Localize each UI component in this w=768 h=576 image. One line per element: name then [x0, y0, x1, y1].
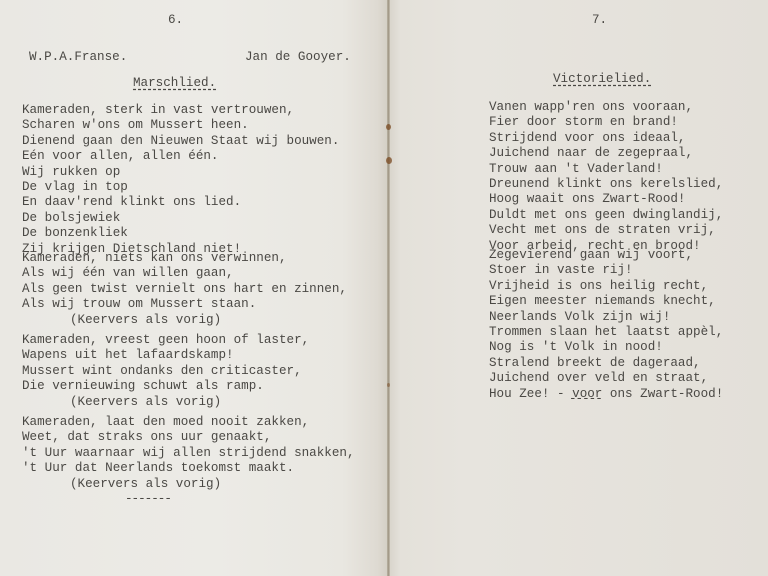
verse-line: Hoog waait ons Zwart-Rood!: [489, 192, 723, 207]
verse-line: Dienend gaan den Nieuwen Staat wij bouwe…: [22, 134, 339, 149]
verse-line: De bonzenkliek: [22, 226, 339, 241]
verse-line: Fier door storm en brand!: [489, 115, 723, 130]
song-title: Victorielied.: [553, 72, 651, 87]
song-title: Marschlied.: [133, 76, 216, 91]
left-page: 6. W.P.A.Franse. Jan de Gooyer. Marschli…: [0, 0, 389, 576]
stanza: Kameraden, sterk in vast vertrouwen, Sch…: [22, 103, 339, 257]
verse-line: Wij rukken op: [22, 165, 339, 180]
verse-line: Als wij één van willen gaan,: [22, 266, 347, 281]
lyricist-credit: W.P.A.Franse.: [29, 50, 127, 65]
end-divider: -------: [125, 492, 171, 507]
verse-line: De vlag in top: [22, 180, 339, 195]
verse-line: Weet, dat straks ons uur genaakt,: [22, 430, 355, 445]
verse-line: Trommen slaan het laatst appèl,: [489, 325, 723, 340]
verse-line: Wapens uit het lafaardskamp!: [22, 348, 309, 363]
stanza: Kameraden, laat den moed nooit zakken, W…: [22, 415, 355, 492]
right-page: 7. Victorielied. Vanen wapp'ren ons voor…: [389, 0, 768, 576]
staple-rust-mark: [386, 157, 392, 164]
verse-line: Stoer in vaste rij!: [489, 263, 723, 278]
verse-line: Kameraden, laat den moed nooit zakken,: [22, 415, 355, 430]
stanza: Kameraden, vreest geen hoon of laster, W…: [22, 333, 309, 410]
refrain-note: (Keervers als vorig): [22, 395, 309, 410]
verse-line: Mussert wint ondanks den criticaster,: [22, 364, 309, 379]
verse-line: Stralend breekt de dageraad,: [489, 356, 723, 371]
verse-line: Die vernieuwing schuwt als ramp.: [22, 379, 309, 394]
verse-line: Neerlands Volk zijn wij!: [489, 310, 723, 325]
book-gutter: [387, 0, 390, 576]
page-number: 6.: [168, 13, 183, 28]
refrain-note: (Keervers als vorig): [22, 313, 347, 328]
verse-line: Vrijheid is ons heilig recht,: [489, 279, 723, 294]
verse-line: Dreunend klinkt ons kerelslied,: [489, 177, 723, 192]
verse-line: Juichend over veld en straat,: [489, 371, 723, 386]
verse-line: Duldt met ons geen dwinglandij,: [489, 208, 723, 223]
verse-line: Als wij trouw om Mussert staan.: [22, 297, 347, 312]
verse-line: Kameraden, sterk in vast vertrouwen,: [22, 103, 339, 118]
verse-line: 't Uur dat Neerlands toekomst maakt.: [22, 461, 355, 476]
verse-line: Hou Zee! - voor ons Zwart-Rood!: [489, 387, 723, 402]
page-number: 7.: [592, 13, 607, 28]
stanza: Vanen wapp'ren ons vooraan, Fier door st…: [489, 100, 723, 254]
refrain-note: (Keervers als vorig): [22, 477, 355, 492]
staple-rust-mark: [387, 383, 390, 387]
verse-line: Juichend naar de zegepraal,: [489, 146, 723, 161]
verse-line: Eigen meester niemands knecht,: [489, 294, 723, 309]
open-booklet-spread: 6. W.P.A.Franse. Jan de Gooyer. Marschli…: [0, 0, 768, 576]
verse-line: Als geen twist vernielt ons hart en zinn…: [22, 282, 347, 297]
verse-line: Vanen wapp'ren ons vooraan,: [489, 100, 723, 115]
verse-line: 't Uur waarnaar wij allen strijdend snak…: [22, 446, 355, 461]
verse-line: De bolsjewiek: [22, 211, 339, 226]
verse-line: En daav'rend klinkt ons lied.: [22, 195, 339, 210]
verse-line: Vecht met ons de straten vrij,: [489, 223, 723, 238]
end-divider: -----: [569, 392, 602, 407]
stanza: Zegevierend gaan wij voort, Stoer in vas…: [489, 248, 723, 402]
staple-rust-mark: [386, 124, 391, 130]
stanza: Kameraden, niets kan ons verwinnen, Als …: [22, 251, 347, 328]
verse-line: Nog is 't Volk in nood!: [489, 340, 723, 355]
verse-line: Trouw aan 't Vaderland!: [489, 162, 723, 177]
verse-line: Scharen w'ons om Mussert heen.: [22, 118, 339, 133]
verse-line: Kameraden, niets kan ons verwinnen,: [22, 251, 347, 266]
verse-line: Zegevierend gaan wij voort,: [489, 248, 723, 263]
verse-line: Strijdend voor ons ideaal,: [489, 131, 723, 146]
composer-credit: Jan de Gooyer.: [245, 50, 351, 65]
verse-line: Kameraden, vreest geen hoon of laster,: [22, 333, 309, 348]
verse-line: Eén voor allen, allen één.: [22, 149, 339, 164]
